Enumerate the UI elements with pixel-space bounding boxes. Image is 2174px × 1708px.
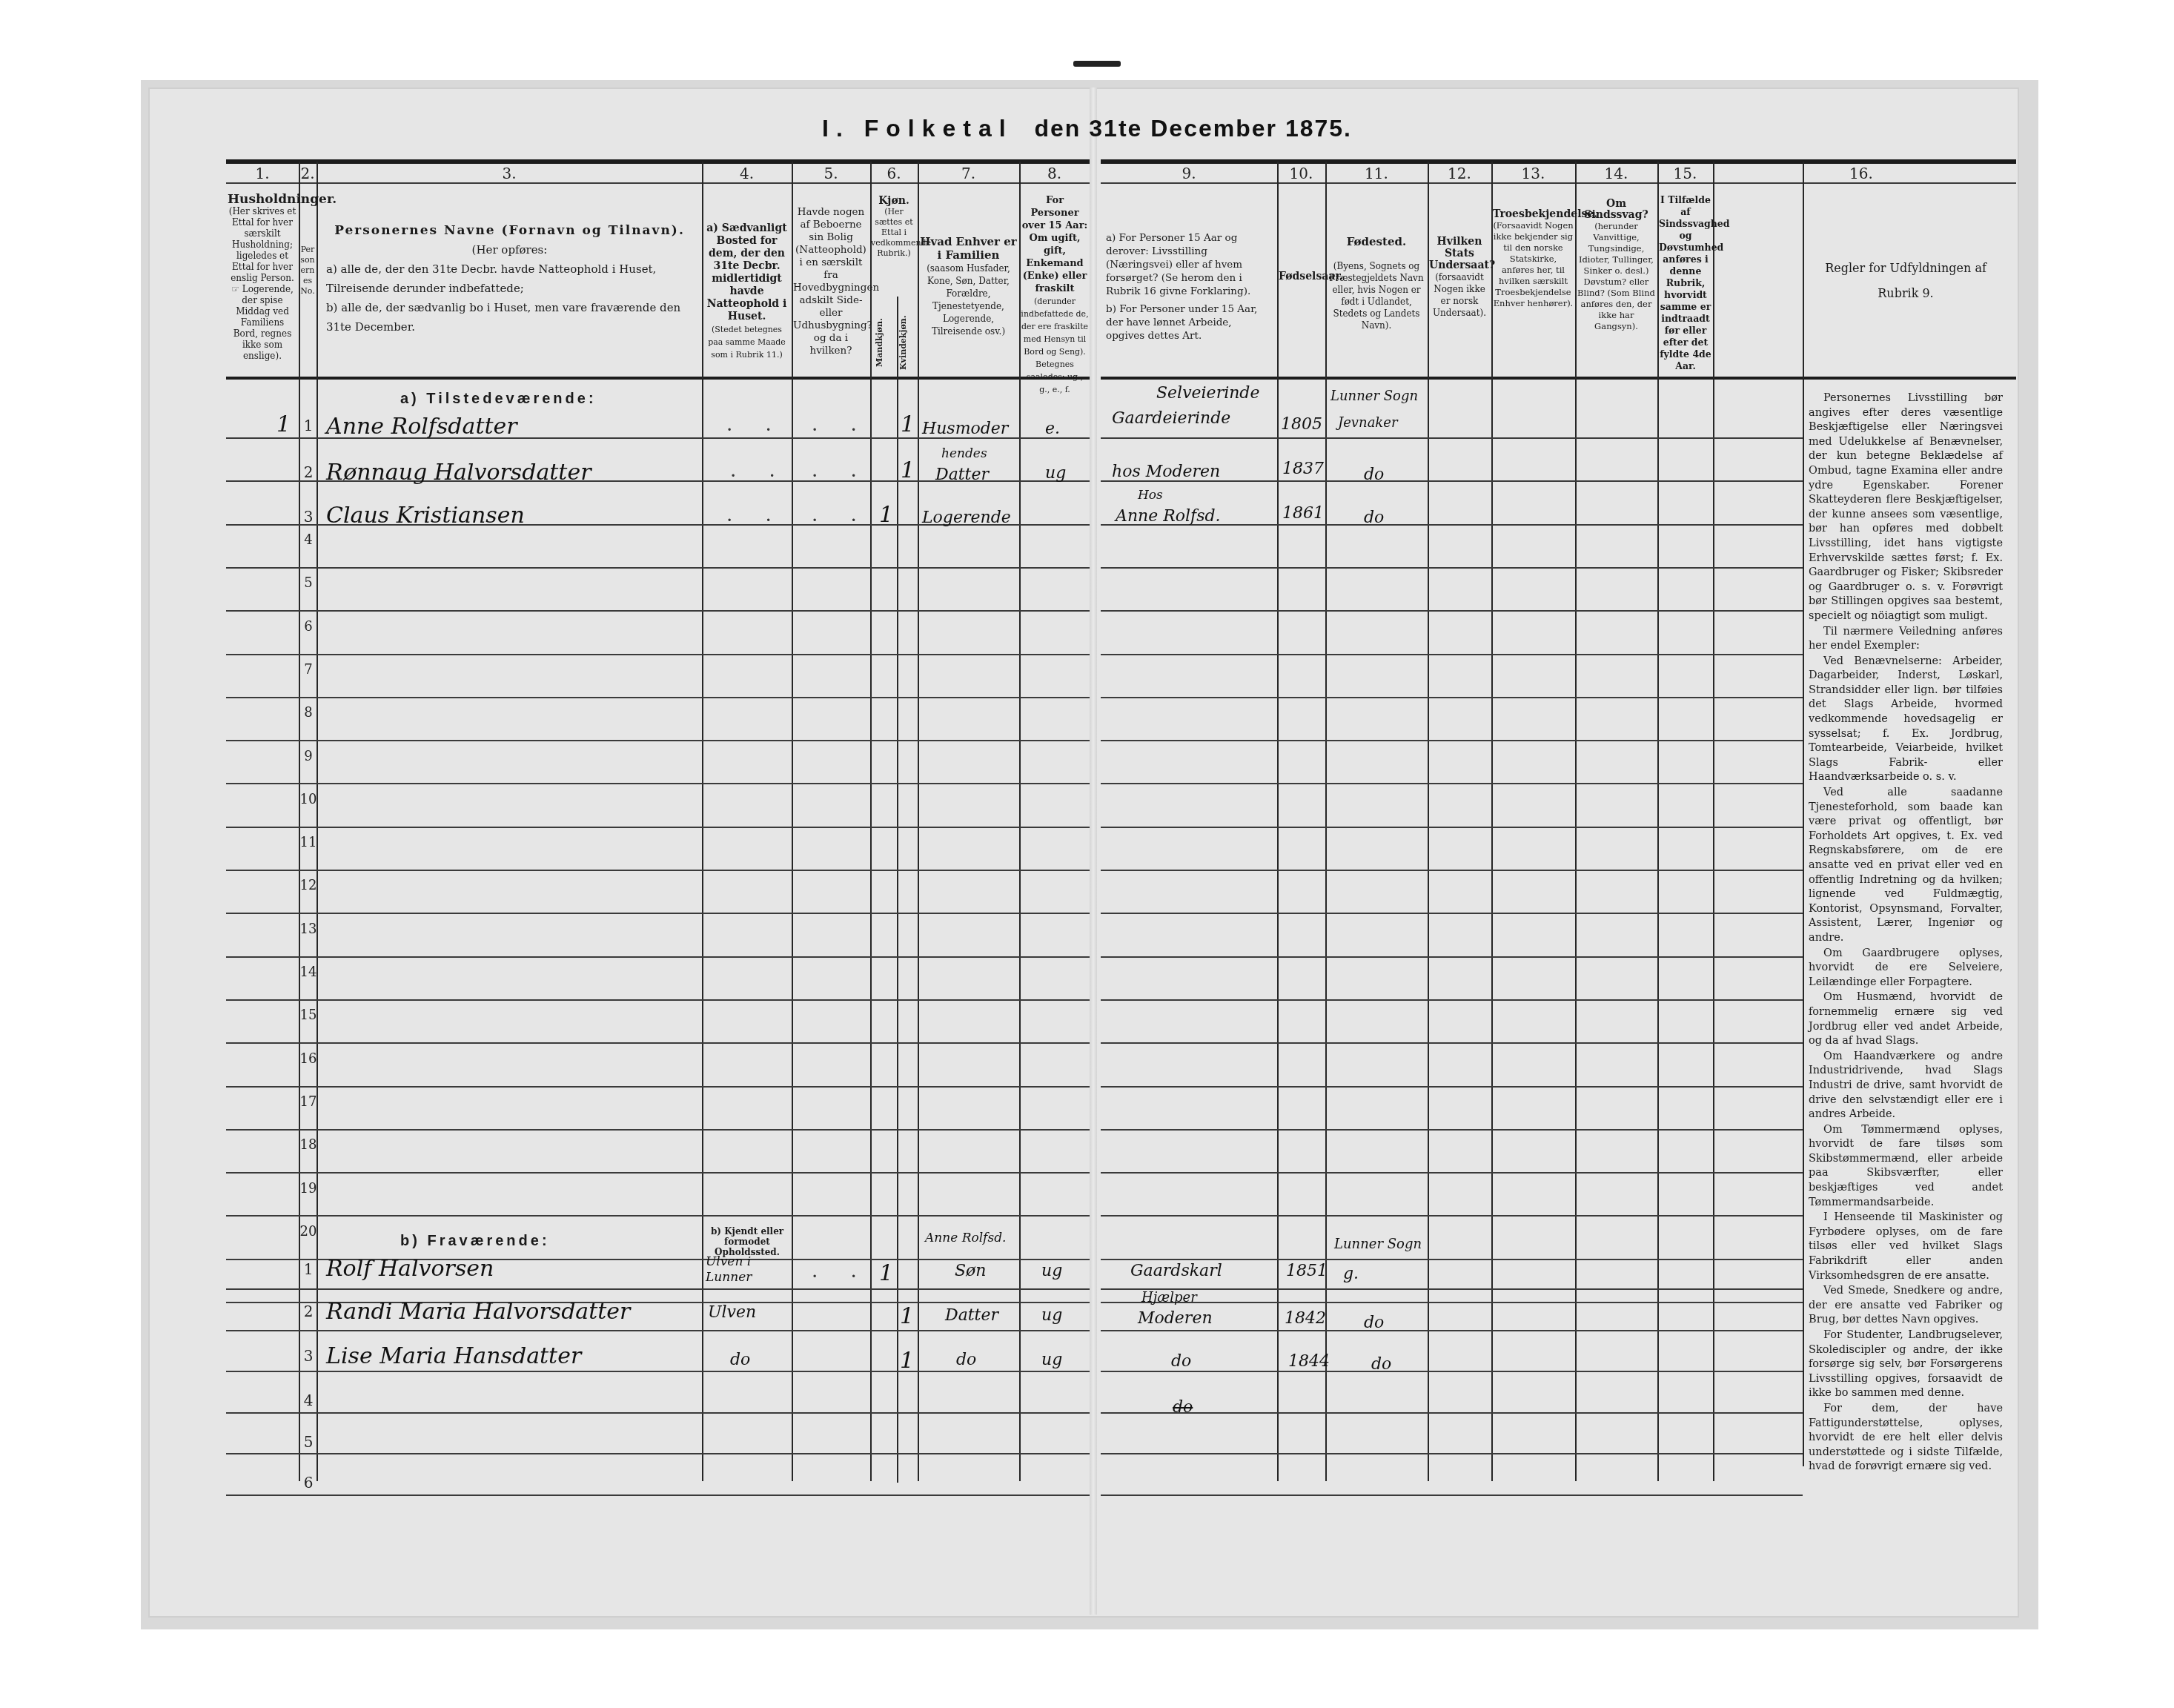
row-number: 2 (297, 463, 319, 481)
row-line (1101, 567, 1803, 569)
person-name: Randi Maria Halvorsdatter (326, 1299, 630, 1325)
col5-dots: . . (812, 504, 870, 526)
header-col-14-title: Om Sindssvag? (1584, 198, 1648, 221)
header-col-6-title: Kjøn. (878, 195, 909, 207)
page-title: I. Folketal den 31te December 1875. (0, 115, 2174, 142)
family-role-line1: hendes (941, 446, 987, 461)
rule-paragraph: Ved Smede, Snedkere og andre, der ere an… (1809, 1284, 2003, 1328)
row-number: 10 (297, 792, 319, 807)
row-line (226, 1172, 1090, 1174)
row-line (1101, 610, 1803, 612)
colnum-11: 11. (1325, 165, 1428, 182)
row-number: 1 (297, 417, 319, 434)
row-number: 11 (297, 835, 319, 850)
header-col-6-female: Kvindekjøn. (897, 311, 918, 374)
col-divider (918, 162, 919, 1481)
col4-line1: Ulven i (706, 1254, 751, 1269)
header-col-3-sub: (Her opføres: (326, 240, 693, 259)
colnum-12: 12. (1428, 165, 1491, 182)
row-line (1101, 1494, 1803, 1496)
rule-paragraph: For Studenter, Landbrugselever, Skoledis… (1809, 1328, 2003, 1401)
colnum-5: 5. (792, 165, 870, 182)
row-number: 18 (297, 1137, 319, 1153)
row-number: 4 (297, 1391, 319, 1409)
col-divider (1277, 162, 1279, 1481)
header-col-6-male: Mandkjøn. (873, 311, 894, 374)
header-col-1-title: Husholdninger. (228, 192, 337, 207)
header-col-12: Hvilken Stats Undersaat? (forsaavidt Nog… (1429, 236, 1490, 319)
birthplace-line1: Lunner Sogn (1330, 388, 1418, 404)
col-divider (1491, 162, 1493, 1481)
row-line (226, 567, 1090, 569)
row-line (1101, 870, 1803, 871)
col-divider (1428, 162, 1429, 1481)
colnum-6: 6. (870, 165, 918, 182)
header-col-4-title: a) Sædvanligt Bosted for dem, der den 31… (706, 222, 786, 322)
header-col-4: a) Sædvanligt Bosted for dem, der den 31… (703, 222, 790, 361)
row-number: 1 (297, 1260, 319, 1278)
row-line (226, 1086, 1090, 1088)
header-col-11: Fødested. (Byens, Sognets og Præstegjeld… (1327, 236, 1426, 331)
title-part-1: I. Folketal (822, 115, 1013, 142)
female-mark: 1 (900, 1303, 914, 1329)
col4-dots: . . (726, 414, 785, 436)
marital-status: ug (1041, 1351, 1062, 1369)
occupation-line2: hos Moderen (1112, 463, 1220, 481)
row-line (226, 827, 1090, 828)
col-divider (792, 162, 793, 1481)
row-number: 7 (297, 662, 319, 678)
rule-paragraph: Ved Benævnelserne: Arbeider, Dagarbeider… (1809, 655, 2003, 785)
family-role: Logerende (922, 509, 1011, 527)
birthplace-line1: Lunner Sogn (1334, 1237, 1422, 1252)
col4-line2: Lunner (706, 1270, 752, 1285)
header-col-9-b: b) For Personer under 15 Aar, der have l… (1106, 302, 1273, 342)
col4-dots: . . (730, 460, 789, 482)
row-number: 14 (297, 964, 319, 980)
row-line (1101, 1172, 1803, 1174)
colnum-4: 4. (702, 165, 792, 182)
header-col-8-sub: (derunder indbefattede de, der ere frask… (1021, 297, 1088, 394)
colnum-3: 3. (317, 165, 702, 182)
occupation-line2: Moderen (1138, 1309, 1213, 1328)
header-col-12-title: Hvilken Stats Undersaat? (1429, 236, 1495, 271)
col4-line2: do (730, 1351, 750, 1369)
header-col-7-title: Hvad Enhver er i Familien (920, 235, 1016, 262)
row-line (1101, 1259, 1803, 1260)
occupation-line1: Hjælper (1141, 1290, 1197, 1305)
rule-paragraph: Om Gaardbrugere oplyses, hvorvidt de ere… (1809, 947, 2003, 990)
absent-col4-label: b) Kjendt eller formodet Opholdssted. (704, 1226, 790, 1257)
row-number: 12 (297, 878, 319, 893)
header-col-4-sub: (Stedet betegnes paa samme Maade som i R… (708, 325, 786, 360)
header-col-11-sub: (Byens, Sognets og Præstegjeldets Navn e… (1329, 261, 1423, 331)
row-line (226, 956, 1090, 958)
row-line (226, 610, 1090, 612)
colnum-1: 1. (226, 165, 299, 182)
col-divider (1325, 162, 1327, 1481)
household-count: 1 (276, 411, 291, 437)
row-number: 3 (297, 1347, 319, 1365)
row-line (1101, 913, 1803, 914)
row-line (1101, 956, 1803, 958)
row-line (1101, 1412, 1803, 1414)
row-number: 17 (297, 1094, 319, 1110)
col-divider (897, 297, 898, 1483)
col-divider (1575, 162, 1577, 1481)
header-col-14-sub: (herunder Vanvittige, Tungsindige, Idiot… (1577, 221, 1655, 331)
colnum-rule-right (1101, 182, 2016, 184)
birth-year: 1844 (1288, 1352, 1330, 1371)
row-line (226, 1042, 1090, 1044)
row-line (226, 1288, 1090, 1290)
col-divider (299, 162, 300, 1481)
row-line (226, 697, 1090, 698)
header-col-11-title: Fødested. (1347, 235, 1407, 248)
birthplace-line2: do (1371, 1355, 1391, 1374)
marital-status: e. (1045, 420, 1060, 438)
row-line (226, 654, 1090, 655)
row-line (1101, 437, 1803, 439)
family-role-line1: Anne Rolfsd. (925, 1231, 1006, 1245)
row-line (1101, 1453, 1803, 1454)
colnum-8: 8. (1019, 165, 1090, 182)
col-divider (870, 162, 872, 1481)
row-line (1101, 697, 1803, 698)
rule-paragraph: Ved alle saadanne Tjenesteforhold, som b… (1809, 786, 2003, 946)
header-col-9: a) For Personer 15 Aar og derover: Livss… (1106, 231, 1273, 342)
row-line (226, 1330, 1090, 1331)
family-role: Datter (945, 1306, 998, 1325)
row-line (226, 1371, 1090, 1372)
col-divider (1803, 162, 1804, 1466)
row-line (226, 1412, 1090, 1414)
header-col-12-sub: (forsaavidt Nogen ikke er norsk Undersaa… (1433, 272, 1486, 318)
marital-status: ug (1041, 1262, 1062, 1280)
header-col-7: Hvad Enhver er i Familien (saasom Husfad… (919, 236, 1018, 338)
row-line (1101, 1129, 1803, 1131)
row-line (1101, 1330, 1803, 1331)
row-line (226, 913, 1090, 914)
col4-line2: Ulven (708, 1303, 756, 1322)
colnum-9: 9. (1101, 165, 1277, 182)
colnum-7: 7. (918, 165, 1019, 182)
rule-paragraph: Om Husmænd, hvorvidt de fornemmelig ernæ… (1809, 990, 2003, 1048)
header-col-10: Fødselsaar. (1279, 267, 1324, 286)
header-col-6: Kjøn. (Her sættes et Ettal i vedkommende… (871, 196, 917, 259)
rule-paragraph: Om Haandværkere og andre Industridrivend… (1809, 1050, 2003, 1122)
row-number: 4 (297, 532, 319, 548)
col5-dots: . . (812, 460, 870, 482)
header-col-1: Husholdninger. (Her skrives et Ettal for… (228, 194, 297, 362)
row-number: 2 (297, 1302, 319, 1320)
row-line (1101, 1215, 1803, 1217)
female-mark: 1 (901, 457, 915, 483)
rule-paragraph: Til nærmere Veiledning anføres her endel… (1809, 625, 2003, 654)
row-number: 13 (297, 921, 319, 937)
section-present-label: a) Tilstedeværende: (400, 391, 597, 408)
header-col-5: Havde nogen af Beboerne sin Bolig (Natte… (793, 206, 869, 357)
page-fold (1090, 87, 1097, 1615)
female-mark: 1 (901, 411, 915, 437)
header-col-13-sub: (Forsaavidt Nogen ikke bekjender sig til… (1493, 220, 1573, 308)
female-mark: 1 (900, 1348, 914, 1374)
row-line (226, 999, 1090, 1001)
row-line (226, 1494, 1090, 1496)
row-line (1101, 783, 1803, 784)
col5-dots: . . (812, 1260, 870, 1282)
col-divider (1713, 162, 1714, 1481)
row-line (226, 1453, 1090, 1454)
birthplace-line2: do (1364, 1314, 1384, 1332)
colnum-2: 2. (299, 165, 317, 182)
col4-dots: . . (726, 504, 785, 526)
row-number: 19 (297, 1181, 319, 1196)
row-line (226, 1129, 1090, 1131)
occupation-line1: Hos (1138, 488, 1163, 503)
title-part-2: den 31te December 1875. (1035, 115, 1352, 142)
rule-paragraph: Personernes Livsstilling bør angives eft… (1809, 391, 2003, 624)
person-name: Lise Maria Hansdatter (326, 1343, 581, 1369)
marital-status: ug (1041, 1306, 1062, 1325)
col-divider (317, 162, 318, 1481)
row-number: 9 (297, 749, 319, 764)
header-col-3-a: a) alle de, der den 31te Decbr. havde Na… (326, 259, 693, 298)
birth-year: 1842 (1285, 1309, 1326, 1328)
birth-year: 1805 (1281, 415, 1322, 434)
rule-paragraph: I Henseende til Maskinister og Fyrbødere… (1809, 1211, 2003, 1283)
row-number: 5 (297, 1433, 319, 1451)
row-number: 6 (297, 619, 319, 635)
birthplace-line2: do (1364, 466, 1384, 484)
row-line (1101, 654, 1803, 655)
colnum-16: 16. (1713, 165, 2009, 182)
header-col-3-b: b) alle de, der sædvanlig bo i Huset, me… (326, 298, 693, 337)
person-name: Anne Rolfsdatter (326, 414, 517, 440)
row-line (1101, 1302, 1803, 1303)
row-line (226, 870, 1090, 871)
row-line (226, 1215, 1090, 1217)
header-col-15: I Tilfælde af Sindssvaghed og Døvstumhed… (1659, 194, 1712, 372)
row-number: 8 (297, 705, 319, 721)
header-col-2: Personernes No. (299, 245, 316, 297)
male-mark: 1 (879, 1260, 893, 1286)
family-role: do (956, 1351, 976, 1369)
header-col-8: For Personer over 15 Aar: Om ugift, gift… (1021, 194, 1089, 396)
row-line (1101, 1042, 1803, 1044)
occupation-line2: Gaardeierinde (1112, 409, 1230, 428)
header-rule-right (1101, 159, 2016, 164)
colnum-rule-left (226, 182, 1090, 184)
header-col-7-sub: (saasom Husfader, Kone, Søn, Datter, For… (927, 263, 1010, 337)
row-line (226, 740, 1090, 741)
family-role: Husmoder (922, 420, 1008, 438)
birthplace-line2: do (1364, 509, 1384, 527)
row-number: 20 (297, 1224, 319, 1239)
header-col-13: Troesbekjendelse. (Forsaavidt Nogen ikke… (1493, 209, 1574, 309)
row-line (1101, 999, 1803, 1001)
header-col-16: Regler for Udfyldningen af Rubrik 9. (1809, 256, 2003, 306)
male-mark: 1 (879, 502, 893, 528)
col5-dots: . . (812, 414, 870, 436)
occupation-line2: Anne Rolfsd. (1116, 507, 1221, 526)
row-line (1101, 1371, 1803, 1372)
occupation-line2: do (1171, 1352, 1191, 1371)
family-role: Søn (955, 1262, 987, 1280)
rule-paragraph: For dem, der have Fattigunderstøttelse, … (1809, 1402, 2003, 1474)
colnum-13: 13. (1491, 165, 1575, 182)
header-col-1-sub: (Her skrives et Ettal for hver særskilt … (229, 206, 296, 361)
occupation-line1: Selveierinde (1156, 384, 1259, 403)
family-role: Datter (935, 466, 989, 484)
birth-year: 1851 (1286, 1262, 1328, 1280)
rules-text: Personernes Livsstilling bør angives eft… (1809, 391, 2003, 1475)
occupation-line2: Gaardskarl (1130, 1262, 1222, 1280)
header-bottom-rule-right (1101, 377, 2016, 380)
row-number: 6 (297, 1474, 319, 1492)
header-col-3-title: Personernes Navne (Fornavn og Tilnavn). (326, 221, 693, 240)
row-line (1101, 1288, 1803, 1290)
person-name: Rolf Halvorsen (326, 1256, 494, 1282)
colnum-14: 14. (1575, 165, 1657, 182)
header-col-14: Om Sindssvag? (herunder Vanvittige, Tung… (1577, 199, 1656, 332)
birthplace-line2: Jevnaker (1338, 415, 1398, 431)
header-rule-left (226, 159, 1090, 164)
rule-paragraph: Om Tømmermænd oplyses, hvorvidt de fare … (1809, 1123, 2003, 1211)
row-number: 3 (297, 508, 319, 526)
row-line (1101, 740, 1803, 741)
header-col-3: Personernes Navne (Fornavn og Tilnavn). … (326, 221, 693, 337)
row-line (1101, 1086, 1803, 1088)
header-col-9-a: a) For Personer 15 Aar og derover: Livss… (1106, 231, 1273, 298)
birth-year: 1861 (1282, 504, 1324, 523)
marital-status: ug (1045, 464, 1066, 483)
colnum-15: 15. (1657, 165, 1713, 182)
scan-mark (1073, 61, 1121, 67)
row-number: 15 (297, 1007, 319, 1023)
person-name: Rønnaug Halvorsdatter (326, 460, 591, 486)
row-line (1101, 827, 1803, 828)
row-number: 5 (297, 575, 319, 591)
colnum-10: 10. (1277, 165, 1325, 182)
person-name: Claus Kristiansen (326, 503, 525, 529)
occupation-line2: do (1173, 1398, 1193, 1417)
row-line (226, 783, 1090, 784)
row-number: 16 (297, 1051, 319, 1067)
birthplace-line2: g. (1343, 1265, 1359, 1283)
birth-year: 1837 (1282, 460, 1324, 478)
section-absent-label: b) Fraværende: (400, 1233, 550, 1250)
header-col-8-title: For Personer over 15 Aar: Om ugift, gift… (1022, 195, 1088, 294)
header-bottom-rule-left (226, 377, 1090, 380)
